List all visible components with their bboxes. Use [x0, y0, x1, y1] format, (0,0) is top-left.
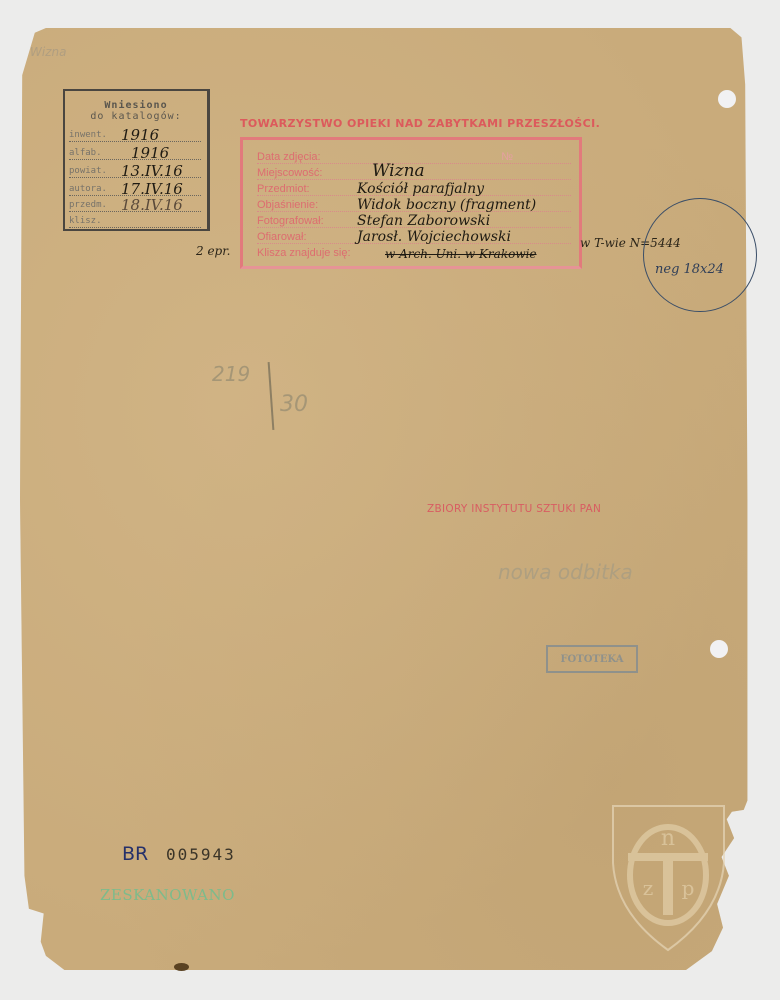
pencil-number-top: 219 [212, 362, 250, 386]
margin-note: 2 epr. [196, 244, 230, 258]
svg-text:z: z [643, 876, 654, 900]
catalog-stamp-subtitle: do katalogów: [65, 111, 207, 122]
catalog-stamp-title: Wniesiono [65, 100, 207, 111]
fototeka-stamp: FOTOTEKA [546, 645, 638, 673]
institute-stamp: ZBIORY INSTYTUTU SZTUKI PAN [427, 503, 601, 515]
catalog-row: alfab.1916 [69, 143, 201, 160]
scanned-stamp: ZESKANOWANO [100, 886, 235, 904]
br-number: 005943 [166, 845, 236, 864]
negative-size-note: neg 18x24 [655, 262, 724, 277]
catalog-row: autora.17.IV.16 [69, 179, 201, 196]
punch-hole-top [718, 90, 736, 108]
corner-pencil-note: Wizna [30, 45, 66, 59]
pencil-note: nowa odbitka [498, 560, 633, 584]
stamp-row: Przedmiot:Kościół parafjalny [257, 179, 571, 196]
society-stamp-title: TOWARZYSTWO OPIEKI NAD ZABYTKAMI PRZESZŁ… [240, 117, 600, 130]
br-label: BR [122, 843, 148, 865]
svg-text:p: p [682, 876, 695, 900]
catalog-row: klisz. [69, 211, 201, 228]
catalog-row: przedm.18.IV.16 [69, 195, 201, 212]
punch-hole-bottom [710, 640, 728, 658]
shield-watermark-icon: n z p [610, 803, 727, 953]
svg-text:n: n [661, 826, 675, 851]
circled-annotation [643, 198, 757, 312]
stamp-row: Fotografował:Stefan Zaborowski [257, 211, 571, 228]
stamp-row: Klisza znajduje się:w Arch. Uni. w Krako… [257, 243, 571, 259]
catalog-row: inwent.1916 [69, 125, 201, 142]
pencil-number-bottom: 30 [280, 392, 308, 417]
stamp-row: Ofiarował:Jarosł. Wojciechowski [257, 227, 571, 244]
ink-blot [174, 963, 189, 971]
society-stamp: Data zdjęcia:№ Miejscowość:Wizna Przedmi… [240, 137, 582, 269]
stamp-row: Miejscowość:Wizna [257, 163, 571, 180]
stamp-row: Objaśnienie:Widok boczny (fragment) [257, 195, 571, 212]
catalog-row: powiat.13.IV.16 [69, 161, 201, 178]
catalog-stamp: Wniesiono do katalogów: inwent.1916 alfa… [63, 89, 210, 231]
